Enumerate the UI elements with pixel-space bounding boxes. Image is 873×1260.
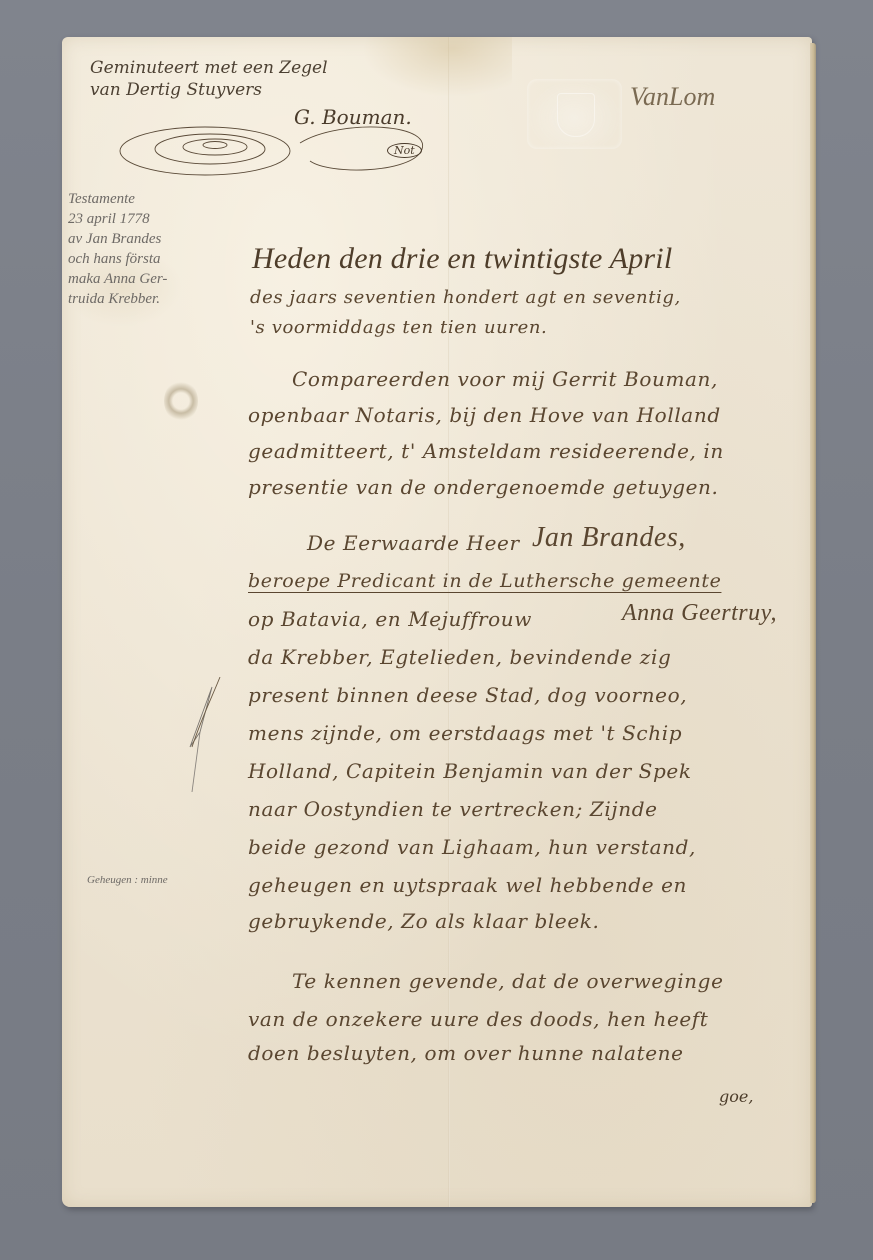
deed-line: doen besluyten, om over hunne nalatene (248, 1041, 684, 1065)
signature-flourish-icon (110, 123, 430, 183)
deed-line: openbaar Notaris, bij den Hove van Holla… (248, 403, 721, 427)
deed-line: Holland, Capitein Benjamin van der Spek (248, 759, 692, 783)
registration-note: Geminuteert met een Zegel van Dertig Stu… (90, 57, 328, 101)
registration-line-1: Geminuteert met een Zegel (90, 57, 328, 79)
person-name-jan-brandes: Jan Brandes, (532, 522, 686, 554)
person-name-anna: Anna Geertruy, (622, 600, 777, 627)
deed-line: Te kennen gevende, dat de overweginge (292, 969, 724, 993)
margin-note-line: Testamente (68, 189, 167, 209)
deed-line: beroepe Predicant in de Luthersche gemee… (248, 570, 721, 592)
margin-note-lower: Geheugen : minne (87, 874, 168, 886)
deed-line: da Krebber, Egtelieden, bevindende zig (248, 645, 671, 669)
margin-pen-mark-icon (182, 677, 222, 797)
deed-line: gebruykende, Zo als klaar bleek. (248, 909, 599, 933)
deed-line: presentie van de ondergenoemde getuygen. (248, 475, 718, 499)
deed-line: geadmitteert, t' Amsteldam resideerende,… (248, 439, 724, 463)
registration-line-2: van Dertig Stuyvers (90, 79, 328, 101)
deed-line: 's voormiddags ten tien uuren. (250, 317, 547, 338)
deed-line: present binnen deese Stad, dog voorneo, (248, 683, 687, 707)
catchword: goe, (719, 1087, 753, 1106)
deed-line: op Batavia, en Mejuffrouw (248, 607, 532, 631)
deed-line: geheugen en uytspraak wel hebbende en (248, 873, 687, 897)
margin-note-line: och hans första (68, 249, 167, 269)
ink-smudge (164, 380, 198, 422)
manuscript-page: Geminuteert met een Zegel van Dertig Stu… (62, 37, 812, 1207)
water-stain (362, 37, 512, 97)
deed-line: Compareerden voor mij Gerrit Bouman, (292, 367, 718, 391)
deed-line: mens zijnde, om eerstdaags met 't Schip (248, 721, 682, 745)
top-right-signature: VanLom (630, 82, 715, 112)
margin-note-line: maka Anna Ger- (68, 269, 167, 289)
embossed-seal-icon (527, 79, 622, 149)
deed-line: van de onzekere uure des doods, hen heef… (248, 1007, 708, 1031)
notary-signature: G. Bouman. (294, 105, 412, 129)
margin-note-line: truida Krebber. (68, 289, 167, 309)
deed-line: naar Oostyndien te vertrecken; Zijnde (248, 797, 658, 821)
margin-note: Testamente 23 april 1778 av Jan Brandes … (68, 189, 167, 309)
margin-note-line: 23 april 1778 (68, 209, 167, 229)
deed-line: De Eerwaarde Heer (307, 531, 520, 555)
margin-note-line: av Jan Brandes (68, 229, 167, 249)
deed-heading: Heden den drie en twintigste April (252, 242, 672, 276)
deed-line: beide gezond van Lighaam, hun verstand, (248, 835, 696, 859)
notary-role-mark: Not (387, 143, 422, 158)
deed-line: des jaars seventien hondert agt en seven… (250, 287, 681, 308)
